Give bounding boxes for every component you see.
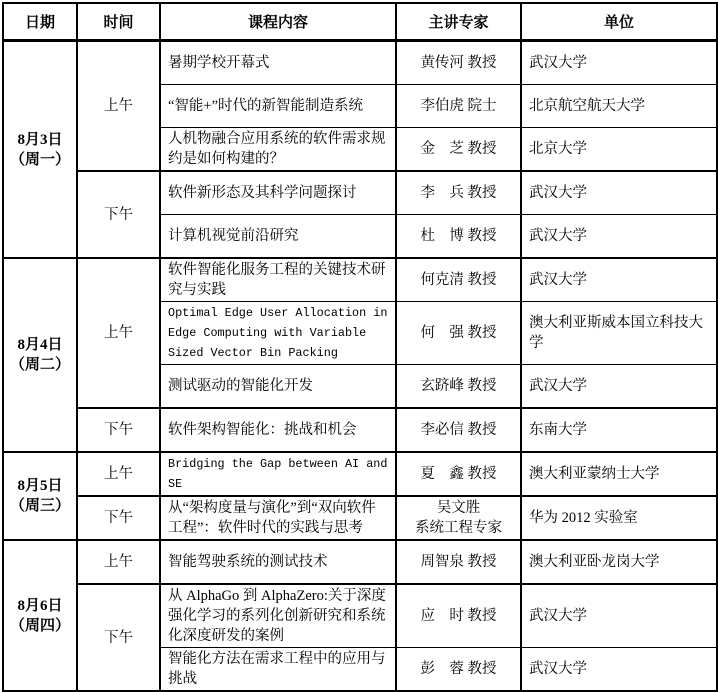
time-cell: 下午 bbox=[77, 171, 160, 258]
org-cell: 澳大利亚卧龙岗大学 bbox=[521, 540, 717, 584]
schedule-row: 8月4日 （周二）上午软件智能化服务工程的关键技术研究与实践何克清 教授武汉大学 bbox=[3, 258, 717, 302]
org-cell: 澳大利亚蒙纳士大学 bbox=[521, 452, 717, 496]
date-cell: 8月6日 （周四） bbox=[3, 540, 77, 691]
org-cell: 武汉大学 bbox=[521, 171, 717, 215]
time-cell: 上午 bbox=[77, 452, 160, 496]
schedule-row: 8月5日 （周三）上午Bridging the Gap between AI a… bbox=[3, 452, 717, 496]
time-cell: 下午 bbox=[77, 496, 160, 540]
time-cell: 上午 bbox=[77, 41, 160, 172]
course-cell: 计算机视觉前沿研究 bbox=[160, 215, 396, 259]
org-cell: 武汉大学 bbox=[521, 215, 717, 259]
expert-cell: 何克清 教授 bbox=[396, 258, 521, 302]
expert-cell: 何 强 教授 bbox=[396, 302, 521, 365]
header-time: 时间 bbox=[77, 3, 160, 41]
course-cell: 软件新形态及其科学问题探讨 bbox=[160, 171, 396, 215]
course-schedule-table: 日期 时间 课程内容 主讲专家 单位 8月3日 （周一）上午暑期学校开幕式黄传河… bbox=[2, 2, 718, 692]
header-org: 单位 bbox=[521, 3, 717, 41]
org-cell: 武汉大学 bbox=[521, 258, 717, 302]
header-course: 课程内容 bbox=[160, 3, 396, 41]
course-cell: 测试驱动的智能化开发 bbox=[160, 365, 396, 409]
date-cell: 8月5日 （周三） bbox=[3, 452, 77, 540]
expert-cell: 夏 鑫 教授 bbox=[396, 452, 521, 496]
date-cell: 8月3日 （周一） bbox=[3, 41, 77, 259]
schedule-row: 下午从 AlphaGo 到 AlphaZero:关于深度强化学习的系列化创新研究… bbox=[3, 584, 717, 648]
course-cell: Bridging the Gap between AI and SE bbox=[160, 452, 396, 496]
expert-cell: 黄传河 教授 bbox=[396, 41, 521, 85]
schedule-row: 8月3日 （周一）上午暑期学校开幕式黄传河 教授武汉大学 bbox=[3, 41, 717, 85]
org-cell: 武汉大学 bbox=[521, 648, 717, 692]
header-date: 日期 bbox=[3, 3, 77, 41]
course-cell: 从“架构度量与演化”到“双向软件工程”：软件时代的实践与思考 bbox=[160, 496, 396, 540]
course-cell: “智能+”时代的新智能制造系统 bbox=[160, 85, 396, 128]
org-cell: 武汉大学 bbox=[521, 584, 717, 648]
date-cell: 8月4日 （周二） bbox=[3, 258, 77, 452]
org-cell: 武汉大学 bbox=[521, 41, 717, 85]
org-cell: 华为 2012 实验室 bbox=[521, 496, 717, 540]
org-cell: 澳大利亚斯威本国立科技大学 bbox=[521, 302, 717, 365]
expert-cell: 杜 博 教授 bbox=[396, 215, 521, 259]
expert-cell: 李必信 教授 bbox=[396, 408, 521, 452]
course-cell: 暑期学校开幕式 bbox=[160, 41, 396, 85]
header-expert: 主讲专家 bbox=[396, 3, 521, 41]
time-cell: 上午 bbox=[77, 540, 160, 584]
org-cell: 北京大学 bbox=[521, 128, 717, 172]
course-cell: 从 AlphaGo 到 AlphaZero:关于深度强化学习的系列化创新研究和系… bbox=[160, 584, 396, 648]
expert-cell: 吴文胜 系统工程专家 bbox=[396, 496, 521, 540]
expert-cell: 应 时 教授 bbox=[396, 584, 521, 648]
schedule-row: 下午从“架构度量与演化”到“双向软件工程”：软件时代的实践与思考吴文胜 系统工程… bbox=[3, 496, 717, 540]
time-cell: 下午 bbox=[77, 584, 160, 691]
course-cell: 软件智能化服务工程的关键技术研究与实践 bbox=[160, 258, 396, 302]
time-cell: 上午 bbox=[77, 258, 160, 408]
expert-cell: 李伯虎 院士 bbox=[396, 85, 521, 128]
header-row: 日期 时间 课程内容 主讲专家 单位 bbox=[3, 3, 717, 41]
expert-cell: 李 兵 教授 bbox=[396, 171, 521, 215]
course-cell: 软件架构智能化：挑战和机会 bbox=[160, 408, 396, 452]
schedule-row: 下午软件新形态及其科学问题探讨李 兵 教授武汉大学 bbox=[3, 171, 717, 215]
org-cell: 东南大学 bbox=[521, 408, 717, 452]
time-cell: 下午 bbox=[77, 408, 160, 452]
expert-cell: 玄跻峰 教授 bbox=[396, 365, 521, 409]
org-cell: 武汉大学 bbox=[521, 365, 717, 409]
expert-cell: 周智泉 教授 bbox=[396, 540, 521, 584]
course-cell: 智能驾驶系统的测试技术 bbox=[160, 540, 396, 584]
course-cell: 智能化方法在需求工程中的应用与挑战 bbox=[160, 648, 396, 692]
schedule-table-body: 8月3日 （周一）上午暑期学校开幕式黄传河 教授武汉大学“智能+”时代的新智能制… bbox=[3, 41, 717, 692]
course-cell: 人机物融合应用系统的软件需求规约是如何构建的？ bbox=[160, 128, 396, 172]
org-cell: 北京航空航天大学 bbox=[521, 85, 717, 128]
expert-cell: 彭 蓉 教授 bbox=[396, 648, 521, 692]
course-cell: Optimal Edge User Allocation in Edge Com… bbox=[160, 302, 396, 365]
schedule-row: 8月6日 （周四）上午智能驾驶系统的测试技术周智泉 教授澳大利亚卧龙岗大学 bbox=[3, 540, 717, 584]
expert-cell: 金 芝 教授 bbox=[396, 128, 521, 172]
schedule-row: 下午软件架构智能化：挑战和机会李必信 教授东南大学 bbox=[3, 408, 717, 452]
schedule-table-header: 日期 时间 课程内容 主讲专家 单位 bbox=[3, 3, 717, 41]
